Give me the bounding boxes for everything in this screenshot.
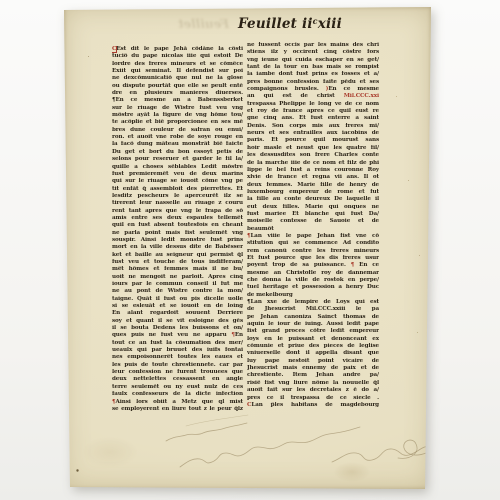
handwriting-stroke [166, 423, 247, 441]
rubric-mark: ¶ [231, 332, 234, 338]
folio-roman: ii [302, 16, 313, 32]
text-line: tirerent leur nasselle au riuage z couru [112, 200, 243, 207]
text-line: se employerent en liure tout z le peur q… [112, 406, 243, 413]
text-line: Du get et bort du bon essoyt petis de [112, 149, 243, 156]
text-line: ¶En ce mesme an a Babenssberket [112, 97, 243, 104]
text-line: tant de la tour en bas mais se rompist [247, 64, 379, 71]
text-line: dre en plusieurs manieres diuerses. [112, 90, 243, 97]
text-line: tout ce an fust la cõsumation des mer/ [112, 340, 243, 347]
handwriting-stroke [398, 438, 446, 458]
text-line: rem canonũ contre les freres mineurs [247, 248, 379, 255]
text-line: mõstre ayãt la figure de vng hõme tou/ [112, 112, 243, 119]
text-line: luy pape nestoit point vicaire de [247, 358, 379, 365]
text-line: fust veu et touche de tous indifferam/ [112, 259, 243, 266]
text-line: soy et quant il se vit esloigne des gẽs [112, 318, 243, 325]
text-line: les puis de toute chrestiennete. car par [112, 362, 243, 369]
text-column-left: CEst dit le pape Jehã cõdãne la cõstituc… [112, 46, 243, 413]
text-line: gne cinq ans. Et fust enterre a saint [247, 115, 379, 122]
text-line: selons pour reseruer et garder le fil la… [112, 156, 243, 163]
rubric-mark: ¶ [351, 262, 354, 268]
text-line: fist grand proces cõtre ledit empereur [247, 328, 379, 335]
text-line: ueaulx qui par bruuet des iuifs fontai [112, 347, 243, 354]
text-line: an qui est de christ Mil.CCC.xxi [247, 93, 379, 100]
text-line: paris. Et pource quil mourust sans [247, 137, 379, 144]
text-line: loys en le puissant et denonceant ex [247, 336, 379, 343]
text-line: leur confession ne furent trouuees que [112, 369, 243, 376]
text-line: auoit fait sur les decretales z ẽ do a/ [247, 387, 379, 394]
text-line: xlvie de france et regna vii ans. Il ot [247, 174, 379, 181]
text-line: ne parla point mais fist seulemẽt vng [112, 230, 243, 237]
text-line: de Jhesucrist Mil.CCC.xxiii le pa [247, 306, 379, 313]
text-line: pres bonne confession faite pẽdu et ses [247, 79, 379, 86]
text-line: faulx confesseurs de la dicte infection [112, 391, 243, 398]
text-line: risiẽ fist vng liure nõme la nouuelle q̃… [247, 380, 379, 387]
text-line: pe Jehan canoniza Sainct thomas de [247, 314, 379, 321]
text-line: et roy de france apres ce quil eust re [247, 108, 379, 115]
text-line: iours par le commun conseil il fut me [112, 281, 243, 288]
text-line: chrestiente. Item Jehan andre pa/ [247, 372, 379, 379]
text-line: uoit ne mengoit ne parloit. Apres cinq [112, 274, 243, 281]
text-line: il se bouta Dedens les buissons et on/ [112, 325, 243, 332]
text-line: luxembourg empereur de rome et fut [247, 189, 379, 196]
text-line: En alant regardoit souuent Derriere [112, 310, 243, 317]
text-line: hoir masle et neust que les quatre fil/ [247, 145, 379, 152]
text-line: tit enfãt q̃ assembloit des pierrettes. … [112, 186, 243, 193]
text-line: quil en fust absent toutesfois en cheant [112, 222, 243, 229]
text-line: ou dispute pourtãt que elle se peult ent… [112, 83, 243, 90]
rubric-mark: C [112, 46, 116, 52]
text-line: moiselle contesse de Sauoie et de [247, 218, 379, 225]
text-line: les dessusdites son frere Charles conte [247, 152, 379, 159]
text-line: stitution qui se commence Ad condito [247, 240, 379, 247]
text-line: CLan p̃les habitans de magdebourg [247, 402, 379, 409]
text-line: bres dune couleur de safran ou enui/ [112, 127, 243, 134]
handwriting-stroke [332, 442, 446, 462]
folio-word: Feuillet [238, 16, 297, 32]
text-line: rent tant apres que vng le frapa de sõ [112, 208, 243, 215]
text-line: pres ce il trespassa de ce siecle . [247, 395, 379, 402]
text-line: deux nettelettes cessassent en angle [112, 376, 243, 383]
text-line: lippe le bel fust a reins couronne Roy [247, 167, 379, 174]
text-line: cõmunie et priue des pieces de leglise [247, 343, 379, 350]
text-line: tuciõ du pape nicolas iiie qui estoit De [112, 53, 243, 60]
rubric-mark: C [247, 402, 251, 408]
text-line: ne dexcõmunicatiõ que nul ne la glose [112, 75, 243, 82]
text-line: ¶Ainsi lors obiit a Metz que ql mist [112, 399, 243, 406]
incunable-leaf: Feuillet Feuillet iicxiii CEst dit le pa… [0, 0, 500, 500]
text-line: vng ieune qui cuida eschaper en se get/ [247, 57, 379, 64]
text-line: la facõ dung mãteau monstrãt biẽ faicte [112, 141, 243, 148]
rubric-mark: ¶ [112, 399, 115, 405]
text-line: fust mariee Et blanche qui fust Da/ [247, 211, 379, 218]
text-line: CEst dit le pape Jehã cõdãne la cõsti [112, 46, 243, 53]
paper-specks [0, 0, 1, 1]
text-line: quille a choses sẽblables Ledit mõstre [112, 164, 243, 171]
page-shadow: Feuillet Feuillet iicxiii CEst dit le pa… [0, 0, 500, 500]
text-line: Jhesucrist mais ennemy de paix et de [247, 365, 379, 372]
text-line: stiens ilz y occirent cinq cõstre fors [247, 49, 379, 56]
text-line: souspir. Ainsi ledit monstre fust prins [112, 237, 243, 244]
rubric-mark: ¶ [247, 233, 250, 239]
text-line: tuel heritage et possession a henry Duc [247, 284, 379, 291]
text-line: Denis. Son corps mis aux freres mi/ [247, 123, 379, 130]
text-line: de la marche iiie de ce nom et filz de p… [247, 160, 379, 167]
text-line: ¶Lan viiie le pape Jehan fist vne cõ [247, 233, 379, 240]
text-line: ¶Lan xxe de lempire de Loys qui est [247, 299, 379, 306]
text-line: mẽt hõmes et femmes mais il ne bu/ [112, 266, 243, 273]
text-line: te acõplie et biẽ proporcionee en ses mẽ [112, 119, 243, 126]
handwriting-stroke [180, 427, 360, 467]
text-line: aquin le iour de iuing. Aussi ledit pape [247, 321, 379, 328]
text-line: poyent trop de sa puissance. ¶ En ce [247, 262, 379, 269]
text-line: ne au pont de Wistre contre la mon/ [112, 288, 243, 295]
text-line: fust premieremẽt veu de deux marins [112, 171, 243, 178]
text-line: che donna la ville de rostok en perpe/ [247, 277, 379, 284]
text-line: Exiit qui seminat. Il defendist sur poi [112, 68, 243, 75]
text-line: ques puis ne fust veu ne apparu ¶En [112, 332, 243, 339]
text-line: la iambe dont fust prins es fosses et a/ [247, 71, 379, 78]
text-line: beaumõt [247, 226, 379, 233]
text-line: mesme an Christofle roy de dannemar [247, 270, 379, 277]
text-line: taigne. Quãt il fust ou pis dicelle uoll… [112, 296, 243, 303]
rubric-mark: Mil.CCC.xxi [344, 93, 379, 99]
text-line: mort en la ville dessus dite de Babẽsser [112, 244, 243, 251]
text-line: lordre des freres mineurs et se cõmẽce [112, 61, 243, 68]
text-line: ket et baille au seigneur qui permist q̃… [112, 252, 243, 259]
text-line: neurs et ses entrailles aux iacobins de [247, 130, 379, 137]
text-line: Et fust pource que les dis freres usur [247, 255, 379, 262]
text-line: sur le riuage de Wistre fust veu vng [112, 105, 243, 112]
folio-number: xiii [318, 16, 342, 32]
rubric-mark: ) [326, 86, 329, 92]
text-line: si se esleuãt et se iouoit en de loing [112, 303, 243, 310]
text-line: amis entre ses deux espaules tellemẽt [112, 215, 243, 222]
text-line: eut deux filles. Marie qui onques ne [247, 204, 379, 211]
text-line: vniuerselle dont il appella disant que [247, 350, 379, 357]
text-line: compaignons brusles. )En ce mesme [247, 86, 379, 93]
text-line: ne fussent occis par les mains des chri [247, 42, 379, 49]
text-line: de mekelbourg [247, 292, 379, 299]
folio-heading: Feuillet iicxiii [232, 13, 348, 32]
text-column-right: ne fussent occis par les mains des chris… [247, 42, 379, 409]
text-line: nes empoisonnerẽt toutes les eaues et [112, 354, 243, 361]
text-line: la fille au conte deureux De laquelle il [247, 196, 379, 203]
text-line: terre seulemẽt ou ny eust nulz de ces [112, 384, 243, 391]
show-through-text: Feuillet [178, 17, 229, 31]
text-line: lesditz pescheurs le aperceurẽt ilz se [112, 193, 243, 200]
handwriting-stroke [186, 415, 248, 426]
text-line: ron. et auoit vne robe de soye rouge en [112, 134, 243, 141]
text-line: qui sur le riuage se iouoit cõme vng pe [112, 178, 243, 185]
text-line: trespassa Phelippe le long ve de ce nom [247, 101, 379, 108]
text-line: deux femmes. Marie fille de henry de [247, 182, 379, 189]
photo-background: Feuillet Feuillet iicxiii CEst dit le pa… [0, 0, 500, 500]
